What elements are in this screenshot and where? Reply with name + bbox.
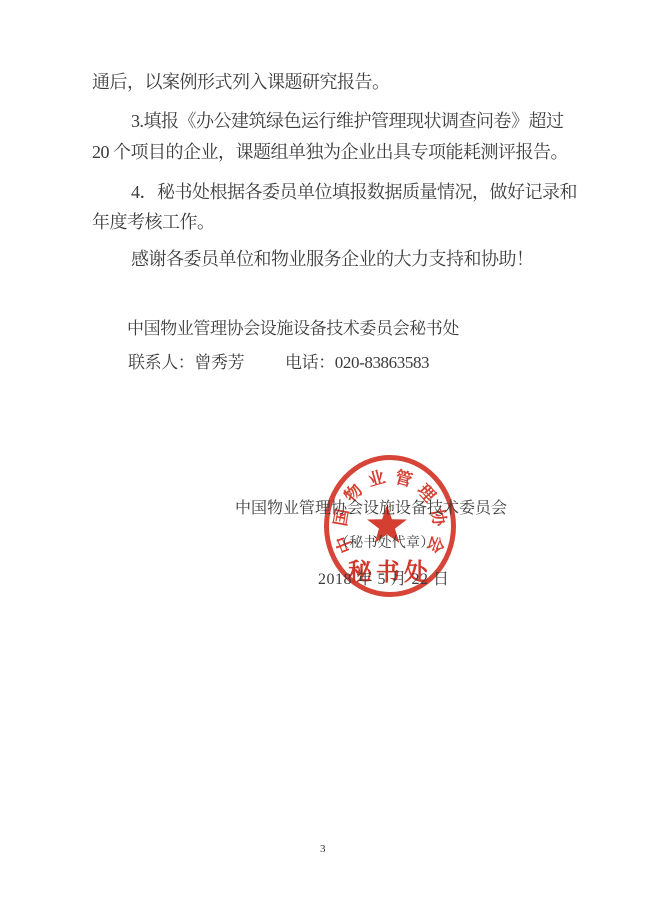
contact-phone: 电话：020-83863583: [285, 353, 429, 373]
body-line: 感谢各委员单位和物业服务企业的大力支持和协助！: [131, 249, 534, 271]
seal-arc-char: 业: [364, 463, 387, 492]
contact-person: 联系人：曾秀芳: [128, 353, 244, 373]
page-number: 3: [320, 843, 326, 855]
signature-date: 2018 年 5 月 22 日: [318, 570, 450, 589]
body-line: 20 个项目的企业，课题组单独为企业出具专项能耗测评报告。: [92, 142, 568, 164]
seal-arc-char: 管: [392, 463, 415, 492]
signature-on-behalf: （秘书处代章）: [335, 536, 434, 553]
body-line: 4．秘书处根据各委员单位填报数据质量情况，做好记录和: [131, 182, 577, 204]
document-page: 通后，以案例形式列入课题研究报告。 3.填报《办公建筑绿色运行维护管理现状调查问…: [0, 0, 654, 918]
body-line: 3.填报《办公建筑绿色运行维护管理现状调查问卷》超过: [131, 111, 564, 133]
body-line: 年度考核工作。: [92, 212, 215, 234]
signature-org: 中国物业管理协会设施设备技术委员会: [235, 499, 507, 518]
body-line: 通后，以案例形式列入课题研究报告。: [92, 72, 390, 94]
secretariat-org-line: 中国物业管理协会设施设备技术委员会秘书处: [127, 319, 459, 339]
